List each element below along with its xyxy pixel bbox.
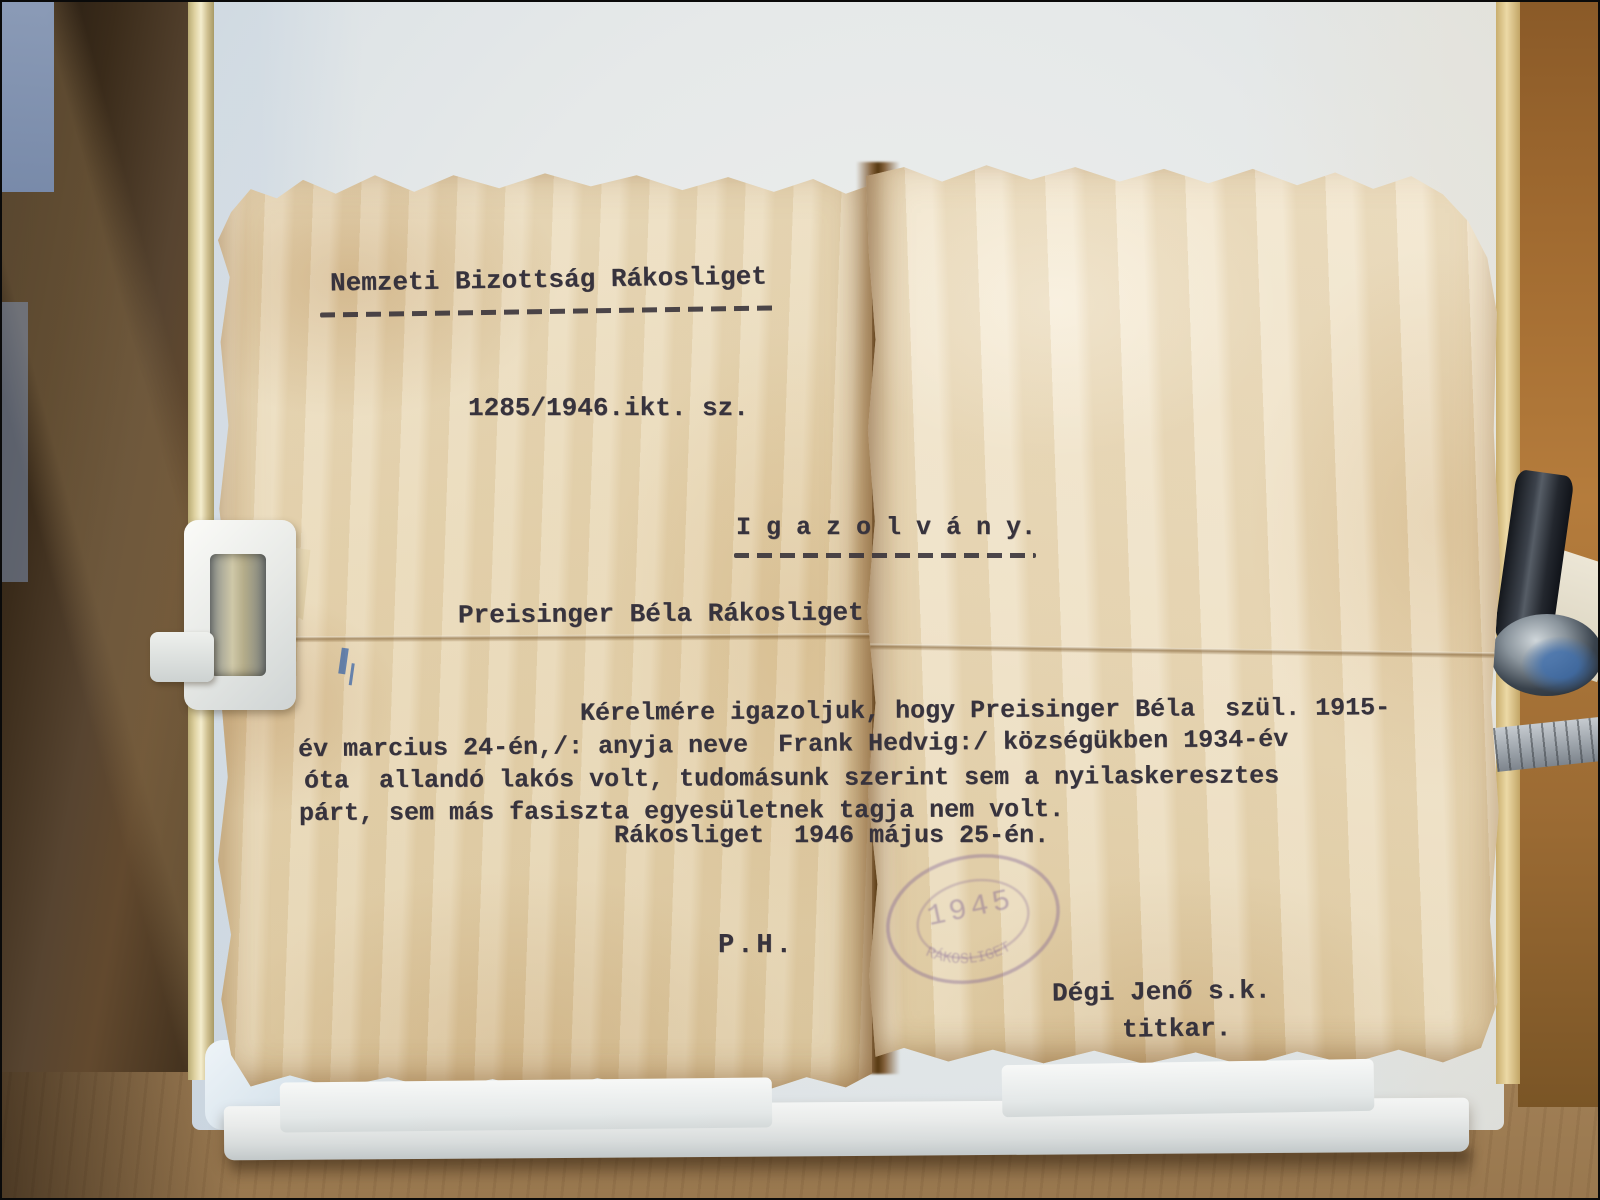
body-line-1: Kérelmére igazoljuk, hogy Preisinger Bél… — [580, 693, 1390, 728]
seal-placeholder: P.H. — [718, 931, 795, 961]
file-number: 1285/1946.ikt. sz. — [468, 393, 749, 423]
certificate-title: I g a z o l v á n y. — [736, 513, 1036, 542]
date-line: Rákosliget 1946 május 25-én. — [614, 821, 1049, 850]
stand-clip — [164, 520, 314, 720]
photo-of-certificate-on-stand: 1945 RÁKOSLIGET Nemzeti Bizottság Rákosl… — [0, 0, 1600, 1200]
issuer-underline — [320, 305, 776, 317]
body-line-3: óta allandó lakós volt, tudomásunk szeri… — [304, 761, 1279, 795]
clip-knob — [150, 632, 214, 682]
body-line-2: év marcius 24-én,/: anyja neve Frank Hed… — [298, 725, 1288, 764]
title-underline — [734, 553, 1036, 558]
signature-title: titkar. — [1122, 1013, 1232, 1045]
signature-name: Dégi Jenő s.k. — [1052, 975, 1271, 1008]
clip-slot — [210, 554, 266, 676]
subject-name-line: Preisinger Béla Rákosliget — [458, 598, 864, 631]
issuer-line: Nemzeti Bizottság Rákosliget — [330, 262, 767, 299]
page-holder-tab-right — [1002, 1059, 1375, 1117]
page-holder-tab-left — [280, 1077, 772, 1132]
